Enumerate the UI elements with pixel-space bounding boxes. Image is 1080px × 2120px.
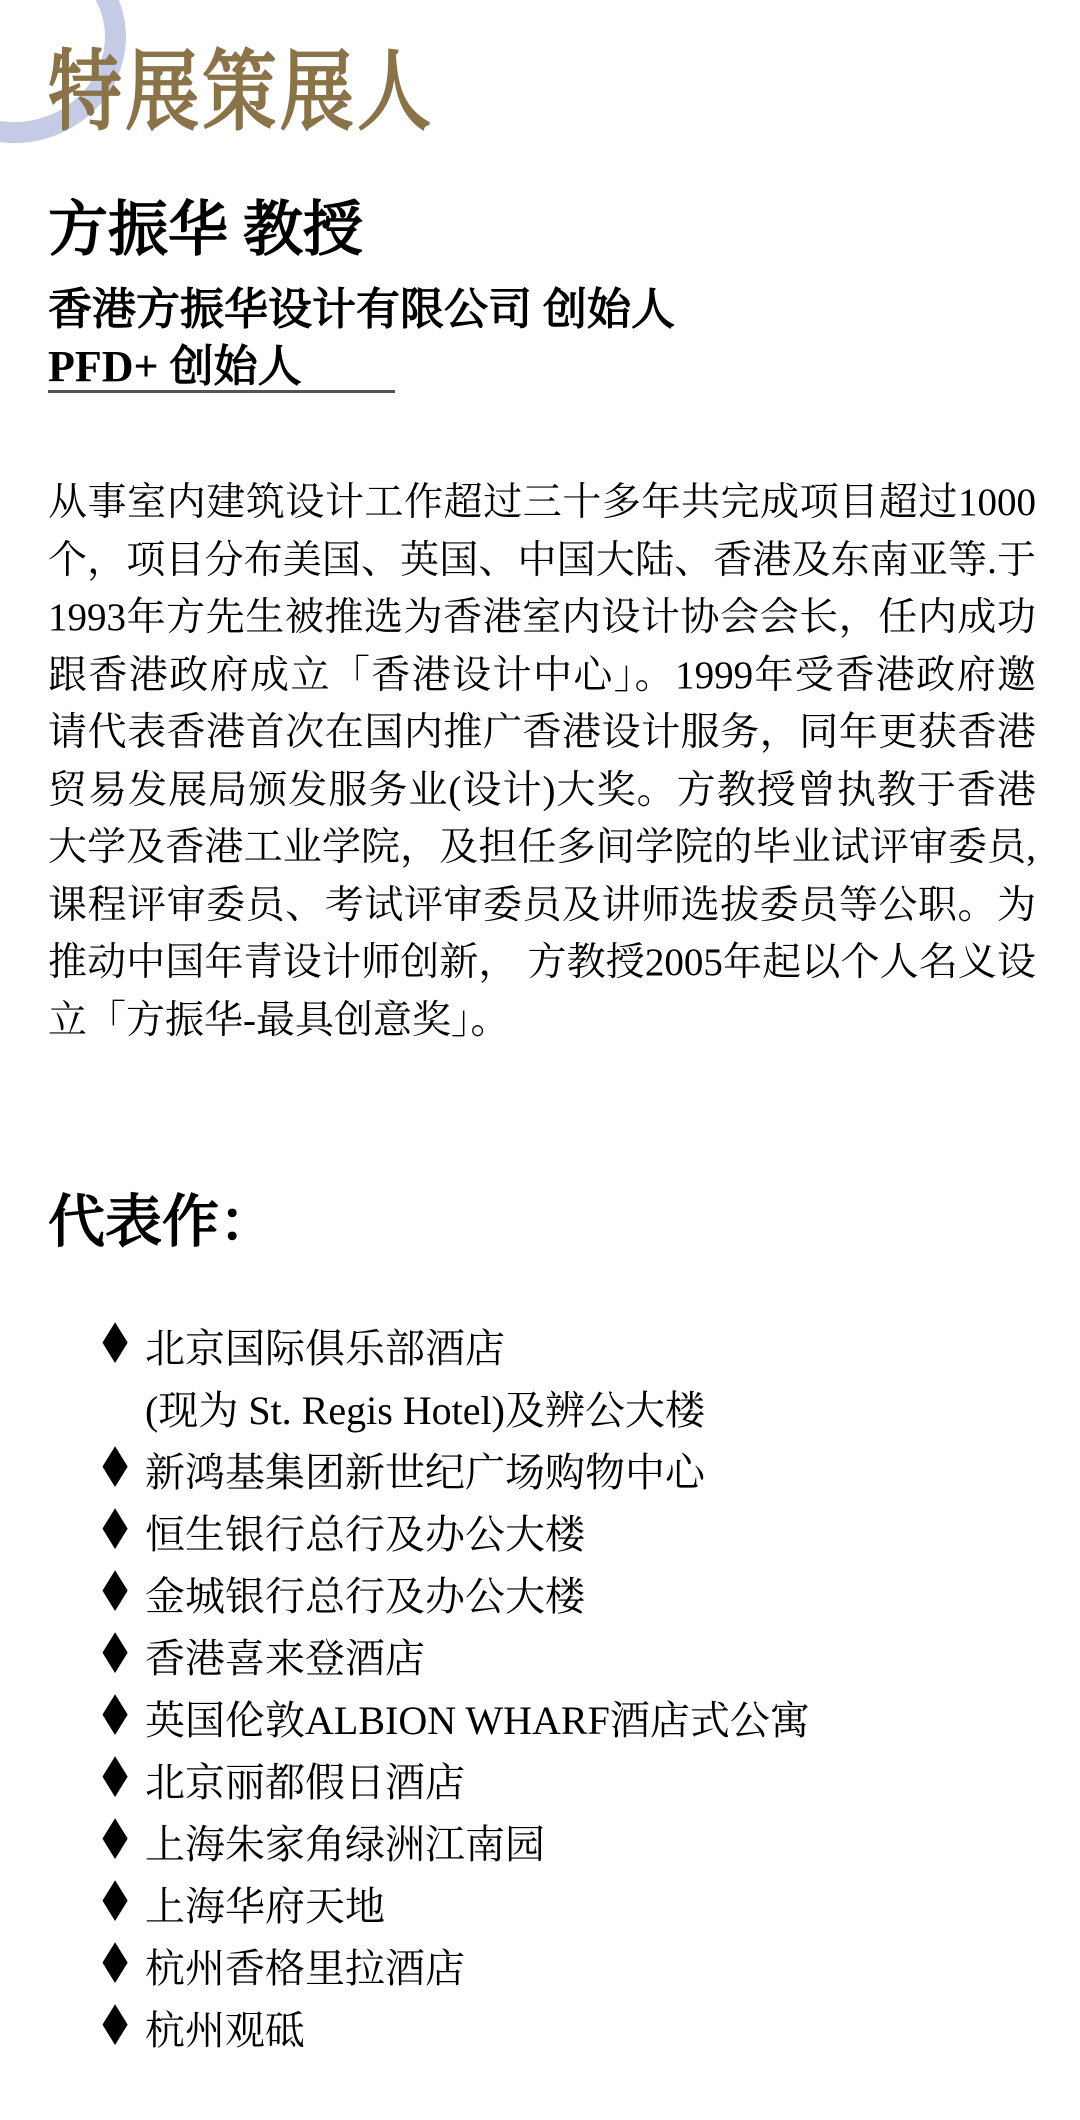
diamond-bullet-icon: ♦ [95,1565,135,1621]
work-title: 恒生银行总行及办公大楼 [145,1503,585,1560]
list-item: ♦杭州观砥 [95,1996,810,2058]
article-page: 特展策展人 方振华 教授 香港方振华设计有限公司 创始人 PFD+ 创始人 从事… [0,0,1080,2120]
list-item: ♦上海华府天地 [95,1872,810,1934]
diamond-bullet-icon: ♦ [95,1937,135,1993]
work-title: 北京国际俱乐部酒店 [145,1317,505,1374]
list-item: ♦新鸿基集团新世纪广场购物中心 [95,1438,810,1500]
bio-line: 跟香港政府成立「香港设计中心」。1999年受香港政府邀 [48,647,1036,705]
bio-line: 1993年方先生被推选为香港室内设计协会会长，任内成功 [48,589,1036,647]
list-item: ♦金城银行总行及办公大楼 [95,1562,810,1624]
work-title: 上海朱家角绿洲江南园 [145,1813,545,1870]
work-title: 杭州香格里拉酒店 [145,1937,465,1994]
work-title: 上海华府天地 [145,1875,385,1932]
diamond-bullet-icon: ♦ [95,1999,135,2055]
list-item: ♦香港喜来登酒店 [95,1624,810,1686]
bio-line: 从事室内建筑设计工作超过三十多年共完成项目超过1000 [48,474,1036,532]
work-title: 金城银行总行及办公大楼 [145,1565,585,1622]
curator-name: 方振华 教授 [48,196,363,265]
diamond-bullet-icon: ♦ [95,1813,135,1869]
work-title: 新鸿基集团新世纪广场购物中心 [145,1441,705,1498]
diamond-bullet-icon: ♦ [95,1441,135,1497]
bio-line: 大学及香港工业学院，及担任多间学院的毕业试评审委员, [48,819,1036,877]
bio-line: 请代表香港首次在国内推广香港设计服务，同年更获香港 [48,704,1036,762]
diamond-bullet-icon: ♦ [95,1317,135,1373]
list-item: ♦北京丽都假日酒店 [95,1748,810,1810]
work-title: 杭州观砥 [145,1999,305,2056]
bio-paragraph: 从事室内建筑设计工作超过三十多年共完成项目超过1000个，项目分布美国、英国、中… [48,474,1036,1049]
underline-divider [48,390,395,393]
list-item: ♦恒生银行总行及办公大楼 [95,1500,810,1562]
bio-line: 课程评审委员、考试评审委员及讲师选拔委员等公职。为 [48,877,1036,935]
diamond-bullet-icon: ♦ [95,1875,135,1931]
section-title: 特展策展人 [48,48,434,136]
curator-company-line: 香港方振华设计有限公司 创始人 [48,284,675,337]
diamond-bullet-icon: ♦ [95,1689,135,1745]
works-list: ♦北京国际俱乐部酒店(现为 St. Regis Hotel)及辨公大楼♦新鸿基集… [95,1314,810,2058]
list-item: ♦上海朱家角绿洲江南园 [95,1810,810,1872]
list-item: ♦北京国际俱乐部酒店 [95,1314,810,1376]
bio-line: 贸易发展局颁发服务业(设计)大奖。方教授曾执教于香港 [48,762,1036,820]
works-heading: 代表作： [48,1190,276,1256]
bio-line: 推动中国年青设计师创新， 方教授2005年起以个人名义设 [48,934,1036,992]
diamond-bullet-icon: ♦ [95,1751,135,1807]
list-item-continuation: (现为 St. Regis Hotel)及辨公大楼 [95,1376,810,1438]
work-title: 英国伦敦ALBION WHARF酒店式公寓 [145,1689,810,1746]
list-item: ♦英国伦敦ALBION WHARF酒店式公寓 [95,1686,810,1748]
work-title: 香港喜来登酒店 [145,1627,425,1684]
diamond-bullet-icon: ♦ [95,1627,135,1683]
work-title: (现为 St. Regis Hotel)及辨公大楼 [145,1379,705,1436]
bio-line: 个，项目分布美国、英国、中国大陆、香港及东南亚等.于 [48,532,1036,590]
curator-pfd-line: PFD+ 创始人 [48,341,302,394]
work-title: 北京丽都假日酒店 [145,1751,465,1808]
list-item: ♦杭州香格里拉酒店 [95,1934,810,1996]
diamond-bullet-icon: ♦ [95,1503,135,1559]
bio-line: 立「方振华-最具创意奖」。 [48,992,1036,1050]
